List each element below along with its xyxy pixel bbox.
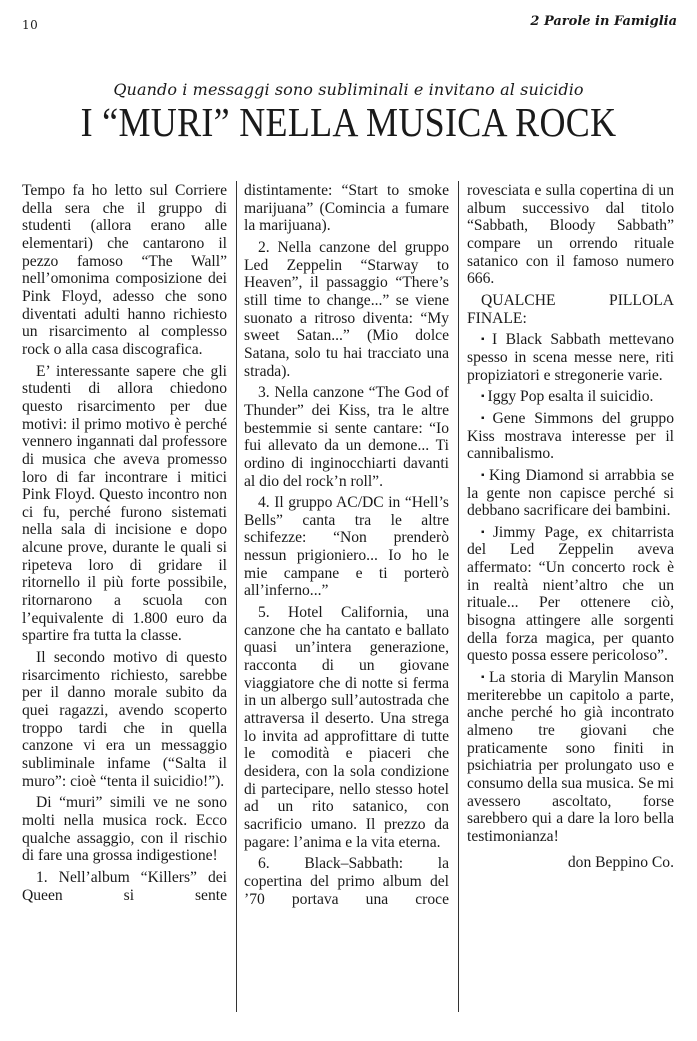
list-item-3: 3. Nella canzone “The God of Thunder” de… xyxy=(244,384,449,490)
pills-heading: QUALCHE PILLOLA FINALE: xyxy=(467,292,674,327)
paragraph-first-reason: E’ interessante sapere che gli studenti … xyxy=(22,363,227,646)
bullet-icon: ▪ xyxy=(481,470,486,481)
column-rule-2 xyxy=(458,181,459,1012)
bullet-icon: ▪ xyxy=(481,672,486,683)
list-item-1-start: 1. Nell’album “Killers” dei Queen si sen… xyxy=(22,869,227,904)
list-item-2: 2. Nella canzone del gruppo Led Zeppelin… xyxy=(244,239,449,380)
bullet-icon: ▪ xyxy=(481,413,489,424)
paragraph-examples-intro: Di “muri” simili ve ne sono molti nella … xyxy=(22,794,227,865)
author-signature: don Beppino Co. xyxy=(467,854,674,872)
list-item-1-end: distintamente: “Start to smoke marijuana… xyxy=(244,182,449,235)
paragraph-intro: Tempo fa ho letto sul Corriere della ser… xyxy=(22,182,227,359)
pill-item: ▪Gene Simmons del gruppo Kiss mostrava i… xyxy=(467,410,674,463)
pill-item: ▪Iggy Pop esalta il suicidio. xyxy=(467,388,674,406)
page-number: 10 xyxy=(22,18,38,32)
list-item-6-start: 6. Black–Sabbath: la copertina del primo… xyxy=(244,855,449,908)
running-head: 2 Parole in Famiglia xyxy=(530,14,677,29)
bullet-icon: ▪ xyxy=(481,391,485,402)
pill-item: ▪King Diamond si arrabbia se la gente no… xyxy=(467,467,674,520)
column-rule-1 xyxy=(236,181,237,1012)
pill-item: ▪La storia di Marylin Manson meriterebbe… xyxy=(467,669,674,846)
column-1: Tempo fa ho letto sul Corriere della ser… xyxy=(22,182,227,908)
article-headline: I “MURI” NELLA MUSICA ROCK xyxy=(0,98,697,146)
pill-item: ▪I Black Sabbath mettevano spesso in sce… xyxy=(467,331,674,384)
list-item-5: 5. Hotel California, una canzone che ha … xyxy=(244,604,449,851)
paragraph-second-reason: Il secondo motivo di questo risarcimento… xyxy=(22,649,227,790)
column-2: distintamente: “Start to smoke marijuana… xyxy=(244,182,449,912)
bullet-icon: ▪ xyxy=(481,527,490,538)
article-kicker: Quando i messaggi sono subliminali e inv… xyxy=(0,80,697,99)
list-item-6-end: rovesciata e sulla copertina di un album… xyxy=(467,182,674,288)
bullet-icon: ▪ xyxy=(481,334,489,345)
list-item-4: 4. Il gruppo AC/DC in “Hell’s Bells” can… xyxy=(244,494,449,600)
column-3: rovesciata e sulla copertina di un album… xyxy=(467,182,674,875)
pill-item: ▪Jimmy Page, ex chitarrista del Led Zepp… xyxy=(467,524,674,665)
